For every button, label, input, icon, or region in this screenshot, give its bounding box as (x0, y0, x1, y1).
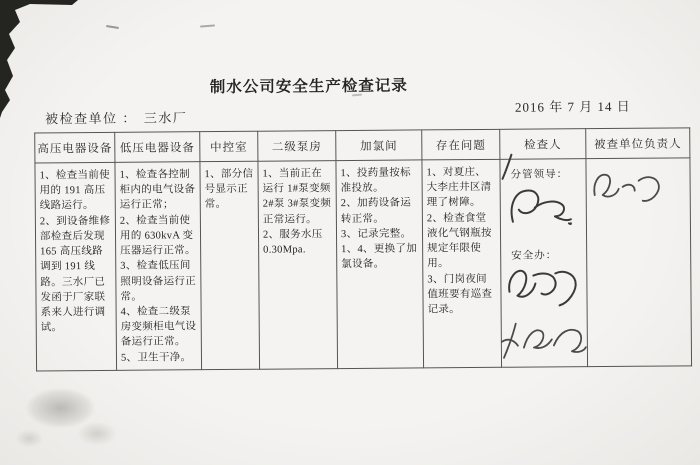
table-row: 1、检查当前使用的 191 高压线路运行。 2、到设备维修部检查后发现 165 … (35, 158, 692, 371)
cell-inspector: 分管领导： 安全办： (500, 159, 588, 368)
cell-unit-head (586, 158, 692, 367)
low-voltage-notes: 1、检查各控制柜内的电气设备运行正常； 2、检查当前使用的 630kvA 变压器… (115, 162, 201, 368)
stray-pen-stroke (500, 152, 514, 182)
cell-high-voltage: 1、检查当前使用的 191 高压线路运行。 2、到设备维修部检查后发现 165 … (35, 162, 117, 371)
col-header-pump-house: 二级泵房 (258, 131, 336, 162)
inspected-unit-line: 被检查单位 ：三水厂 (45, 107, 187, 127)
inspected-unit-label: 被检查单位 ： (45, 111, 137, 127)
problems-notes: 1、对夏庄、大李庄井区清理了树障。 2、检查食堂液化气钢瓶按规定年限使用。 3、… (422, 160, 500, 321)
pump-house-notes: 1、当前正在运行 1#泵变频 2#泵 3#泵变频正常运行。 2、服务水压 0.3… (258, 161, 336, 261)
signature-supervisor (505, 183, 581, 240)
col-header-high-voltage: 高压电器设备 (35, 132, 115, 163)
report-date: 2016 年 7 月 14 日 (515, 96, 631, 116)
high-voltage-notes: 1、检查当前使用的 191 高压线路运行。 2、到设备维修部检查后发现 165 … (35, 163, 115, 339)
inspected-unit-value: 三水厂 (144, 110, 188, 125)
cell-control-room: 1、部分信号显示正常。 (200, 161, 260, 369)
chlorination-notes: 1、投药量按标准投放。 2、加药设备运转正常。 3、记录完整。 1、4、更换了加… (336, 160, 422, 275)
col-header-problems: 存在问题 (422, 129, 500, 160)
col-header-chlorination: 加氯间 (336, 130, 422, 161)
supervisor-label: 分管领导： (510, 166, 568, 181)
cell-pump-house: 1、当前正在运行 1#泵变频 2#泵 3#泵变频正常运行。 2、服务水压 0.3… (258, 161, 338, 370)
document-sheet: 制水公司安全生产检查记录 被检查单位 ：三水厂 2016 年 7 月 14 日 … (0, 0, 700, 465)
signature-safety-officer (503, 261, 585, 318)
col-header-control-room: 中控室 (200, 131, 258, 161)
signature-unit-head (588, 167, 662, 214)
cell-chlorination: 1、投药量按标准投放。 2、加药设备运转正常。 3、记录完整。 1、4、更换了加… (336, 160, 424, 369)
inspection-table: 高压电器设备 低压电器设备 中控室 二级泵房 加氯间 存在问题 检查人 被查单位… (34, 127, 692, 371)
control-room-notes: 1、部分信号显示正常。 (200, 162, 257, 216)
col-header-low-voltage: 低压电器设备 (115, 132, 200, 163)
page-title: 制水公司安全生产检查记录 (159, 73, 459, 97)
signature-second-inspector (498, 317, 590, 366)
cell-problems: 1、对夏庄、大李庄井区清理了树障。 2、检查食堂液化气钢瓶按规定年限使用。 3、… (422, 159, 502, 368)
cell-low-voltage: 1、检查各控制柜内的电气设备运行正常； 2、检查当前使用的 630kvA 变压器… (115, 162, 202, 371)
col-header-unit-head: 被查单位负责人 (586, 128, 690, 159)
scanned-document: 制水公司安全生产检查记录 被检查单位 ：三水厂 2016 年 7 月 14 日 … (0, 0, 700, 465)
